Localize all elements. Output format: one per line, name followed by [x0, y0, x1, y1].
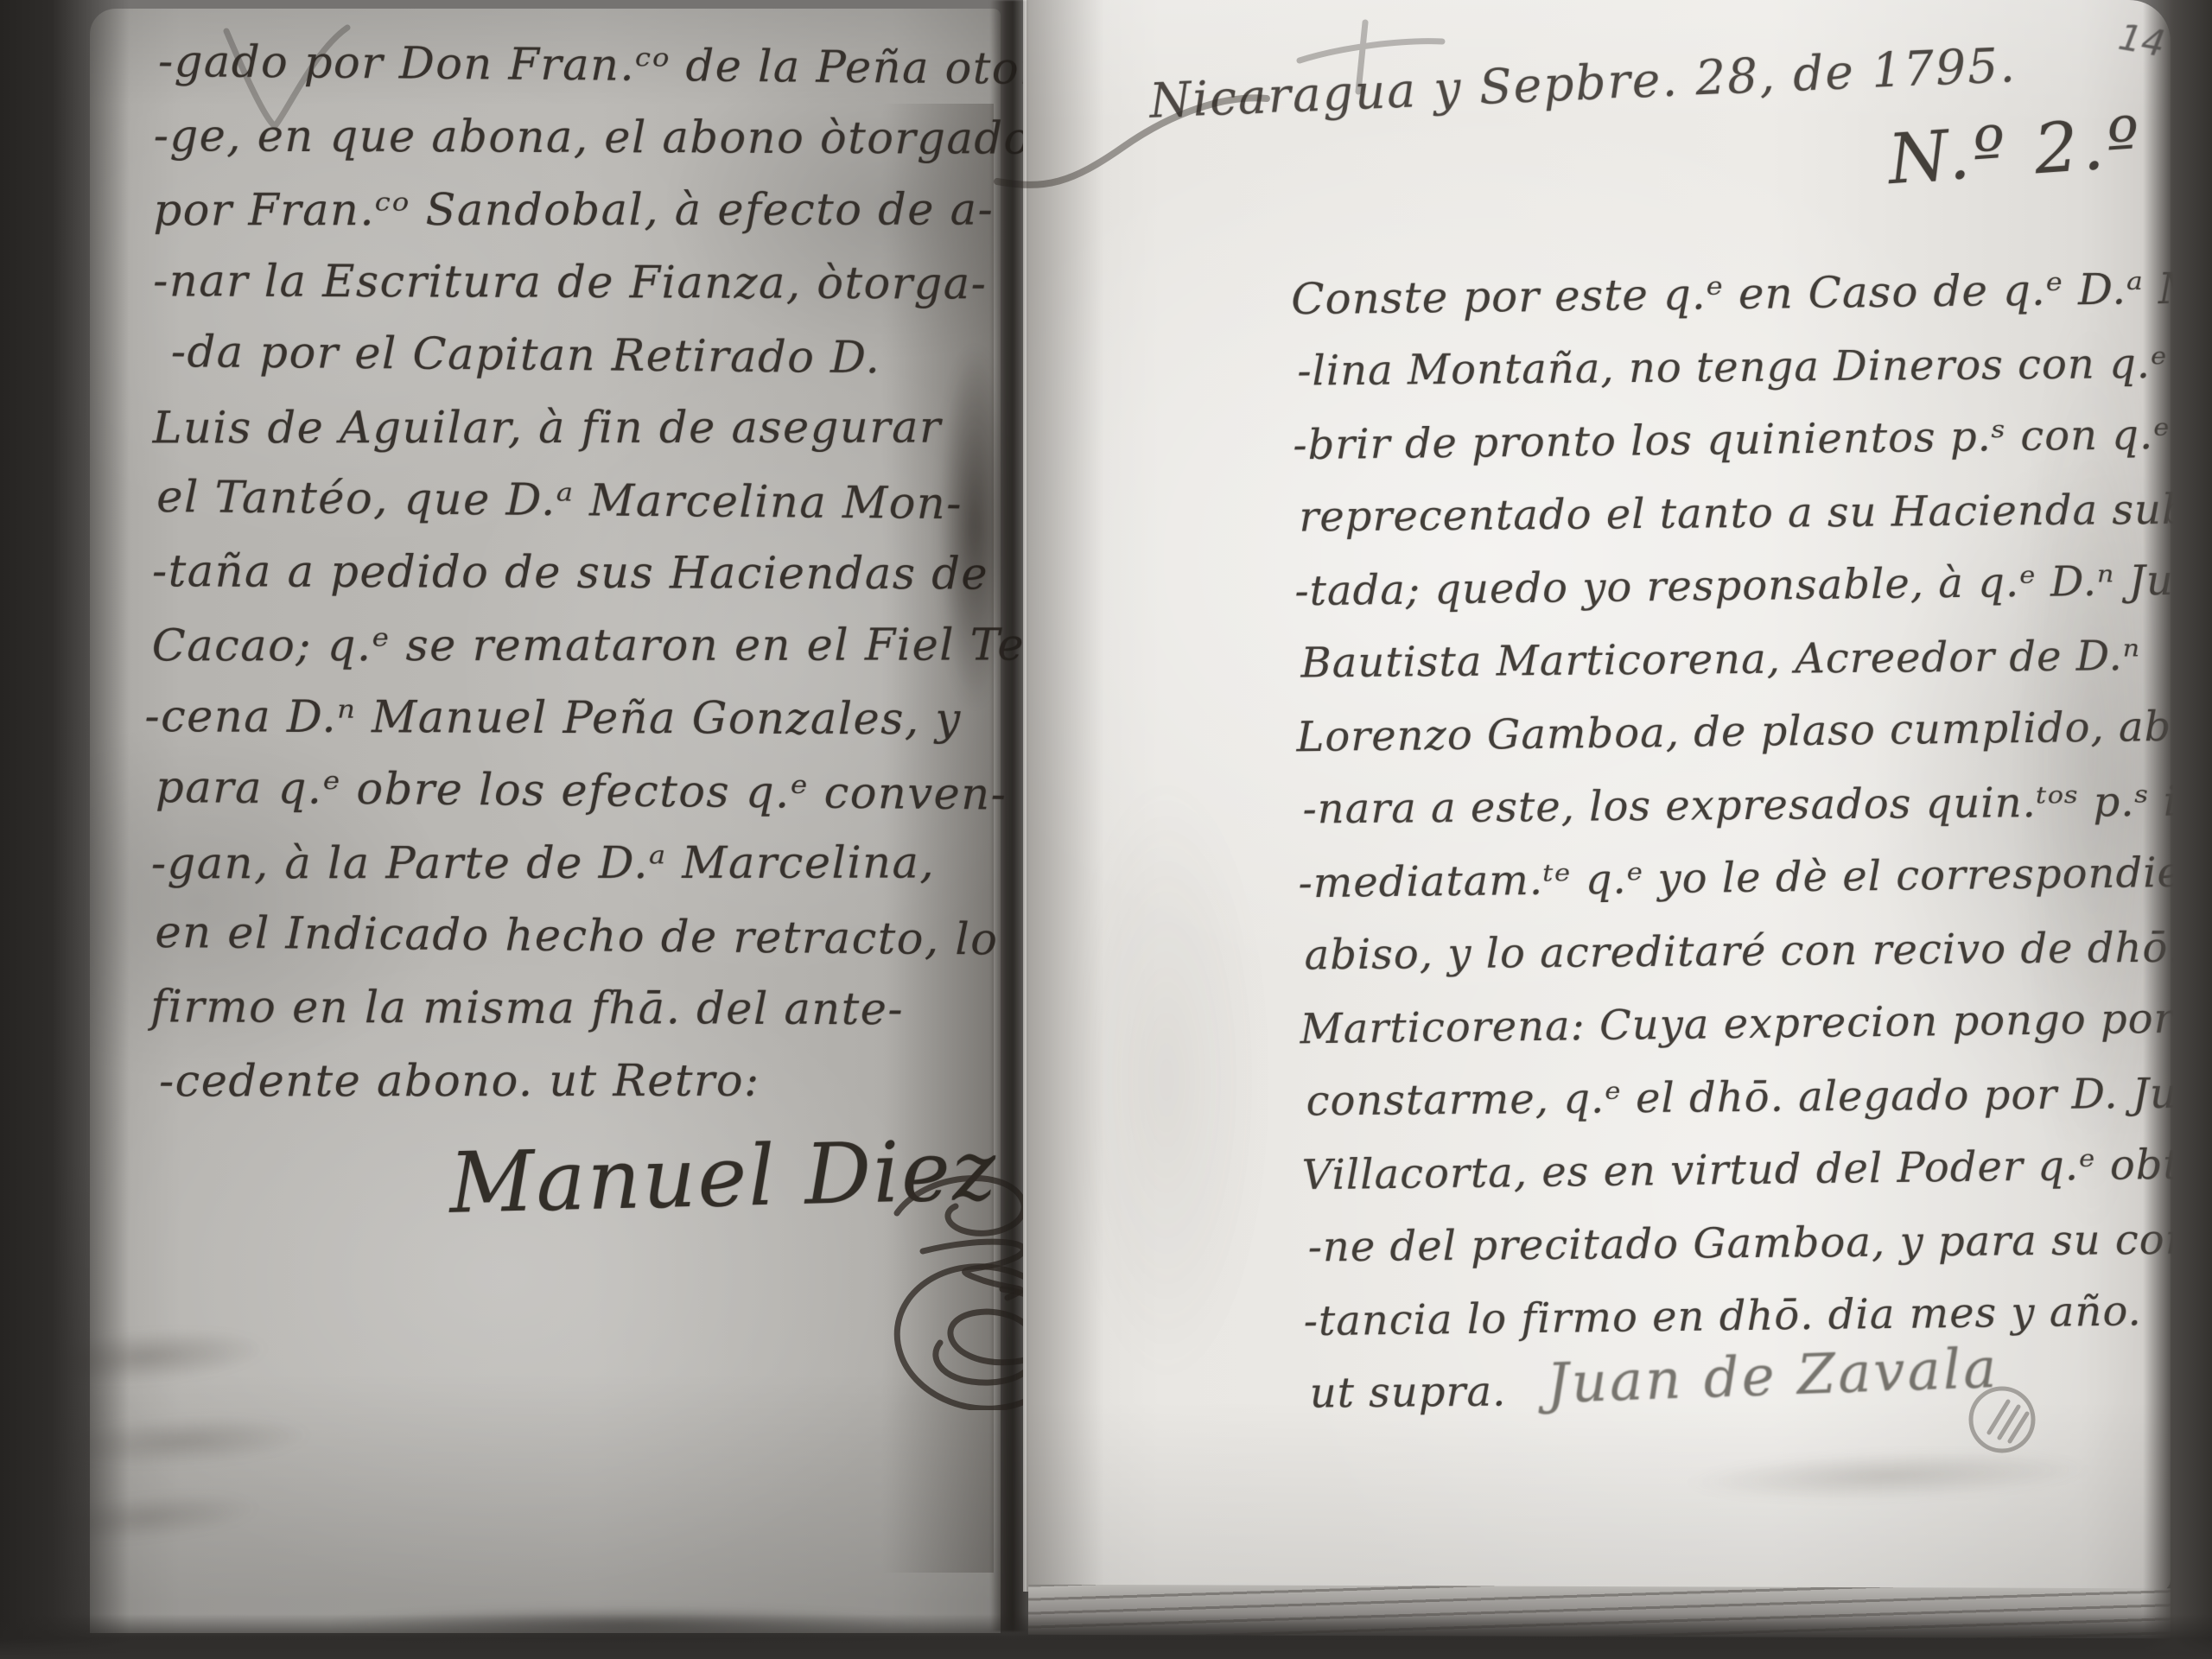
manuscript-line: Cacao; q.ᵉ se remataron en el Fiel Ter- — [152, 610, 956, 683]
manuscript-line: -ge, en que abona, el abono òtorgado — [154, 100, 957, 175]
gutter-shadow-right — [1027, 0, 1104, 1592]
scan-right-border — [2143, 0, 2212, 1659]
manuscript-line: en el Indicado hecho de retracto, lo — [155, 897, 959, 976]
manuscript-line: -taña a pedido de sus Haciendas de — [152, 536, 956, 611]
manuscript-scan: -gado por Don Fran.ᶜᵒ de la Peña otor--g… — [0, 0, 2212, 1659]
manuscript-line: -da por el Capitan Retirado D. — [171, 316, 962, 396]
manuscript-line: -nar la Escritura de Fianza, òtorga- — [153, 245, 957, 321]
manuscript-line: por Fran.ᶜᵒ Sandobal, à efecto de a- — [153, 175, 957, 248]
manuscript-line: -gan, à la Parte de D.ᵃ Marcelina, — [151, 828, 955, 901]
manuscript-line: -cedente abono. ut Retro: — [159, 1046, 954, 1119]
manuscript-line: -gado por Don Fran.ᶜᵒ de la Peña otor- — [158, 26, 963, 105]
scan-left-border — [0, 0, 130, 1659]
left-page-text: -gado por Don Fran.ᶜᵒ de la Peña otor--g… — [150, 28, 957, 1119]
scan-bottom-border — [0, 1614, 2212, 1659]
gutter-shadow-left — [881, 104, 994, 1573]
book-gutter — [990, 0, 1028, 1631]
manuscript-line: -cena D.ⁿ Manuel Peña Gonzales, y — [144, 681, 955, 756]
manuscript-line: Luis de Aguilar, à fin de asegurar — [153, 392, 957, 466]
manuscript-line: para q.ᵉ obre los efectos q.ᵉ conven- — [156, 752, 960, 831]
manuscript-line: firmo en la misma fhā. del ante- — [150, 971, 954, 1046]
manuscript-line: Conste por este q.ᵉ en Caso de q.ᵉ D.ᵃ M… — [1291, 252, 2190, 336]
manuscript-line: el Tantéo, que D.ᵃ Marcelina Mon- — [156, 461, 961, 541]
